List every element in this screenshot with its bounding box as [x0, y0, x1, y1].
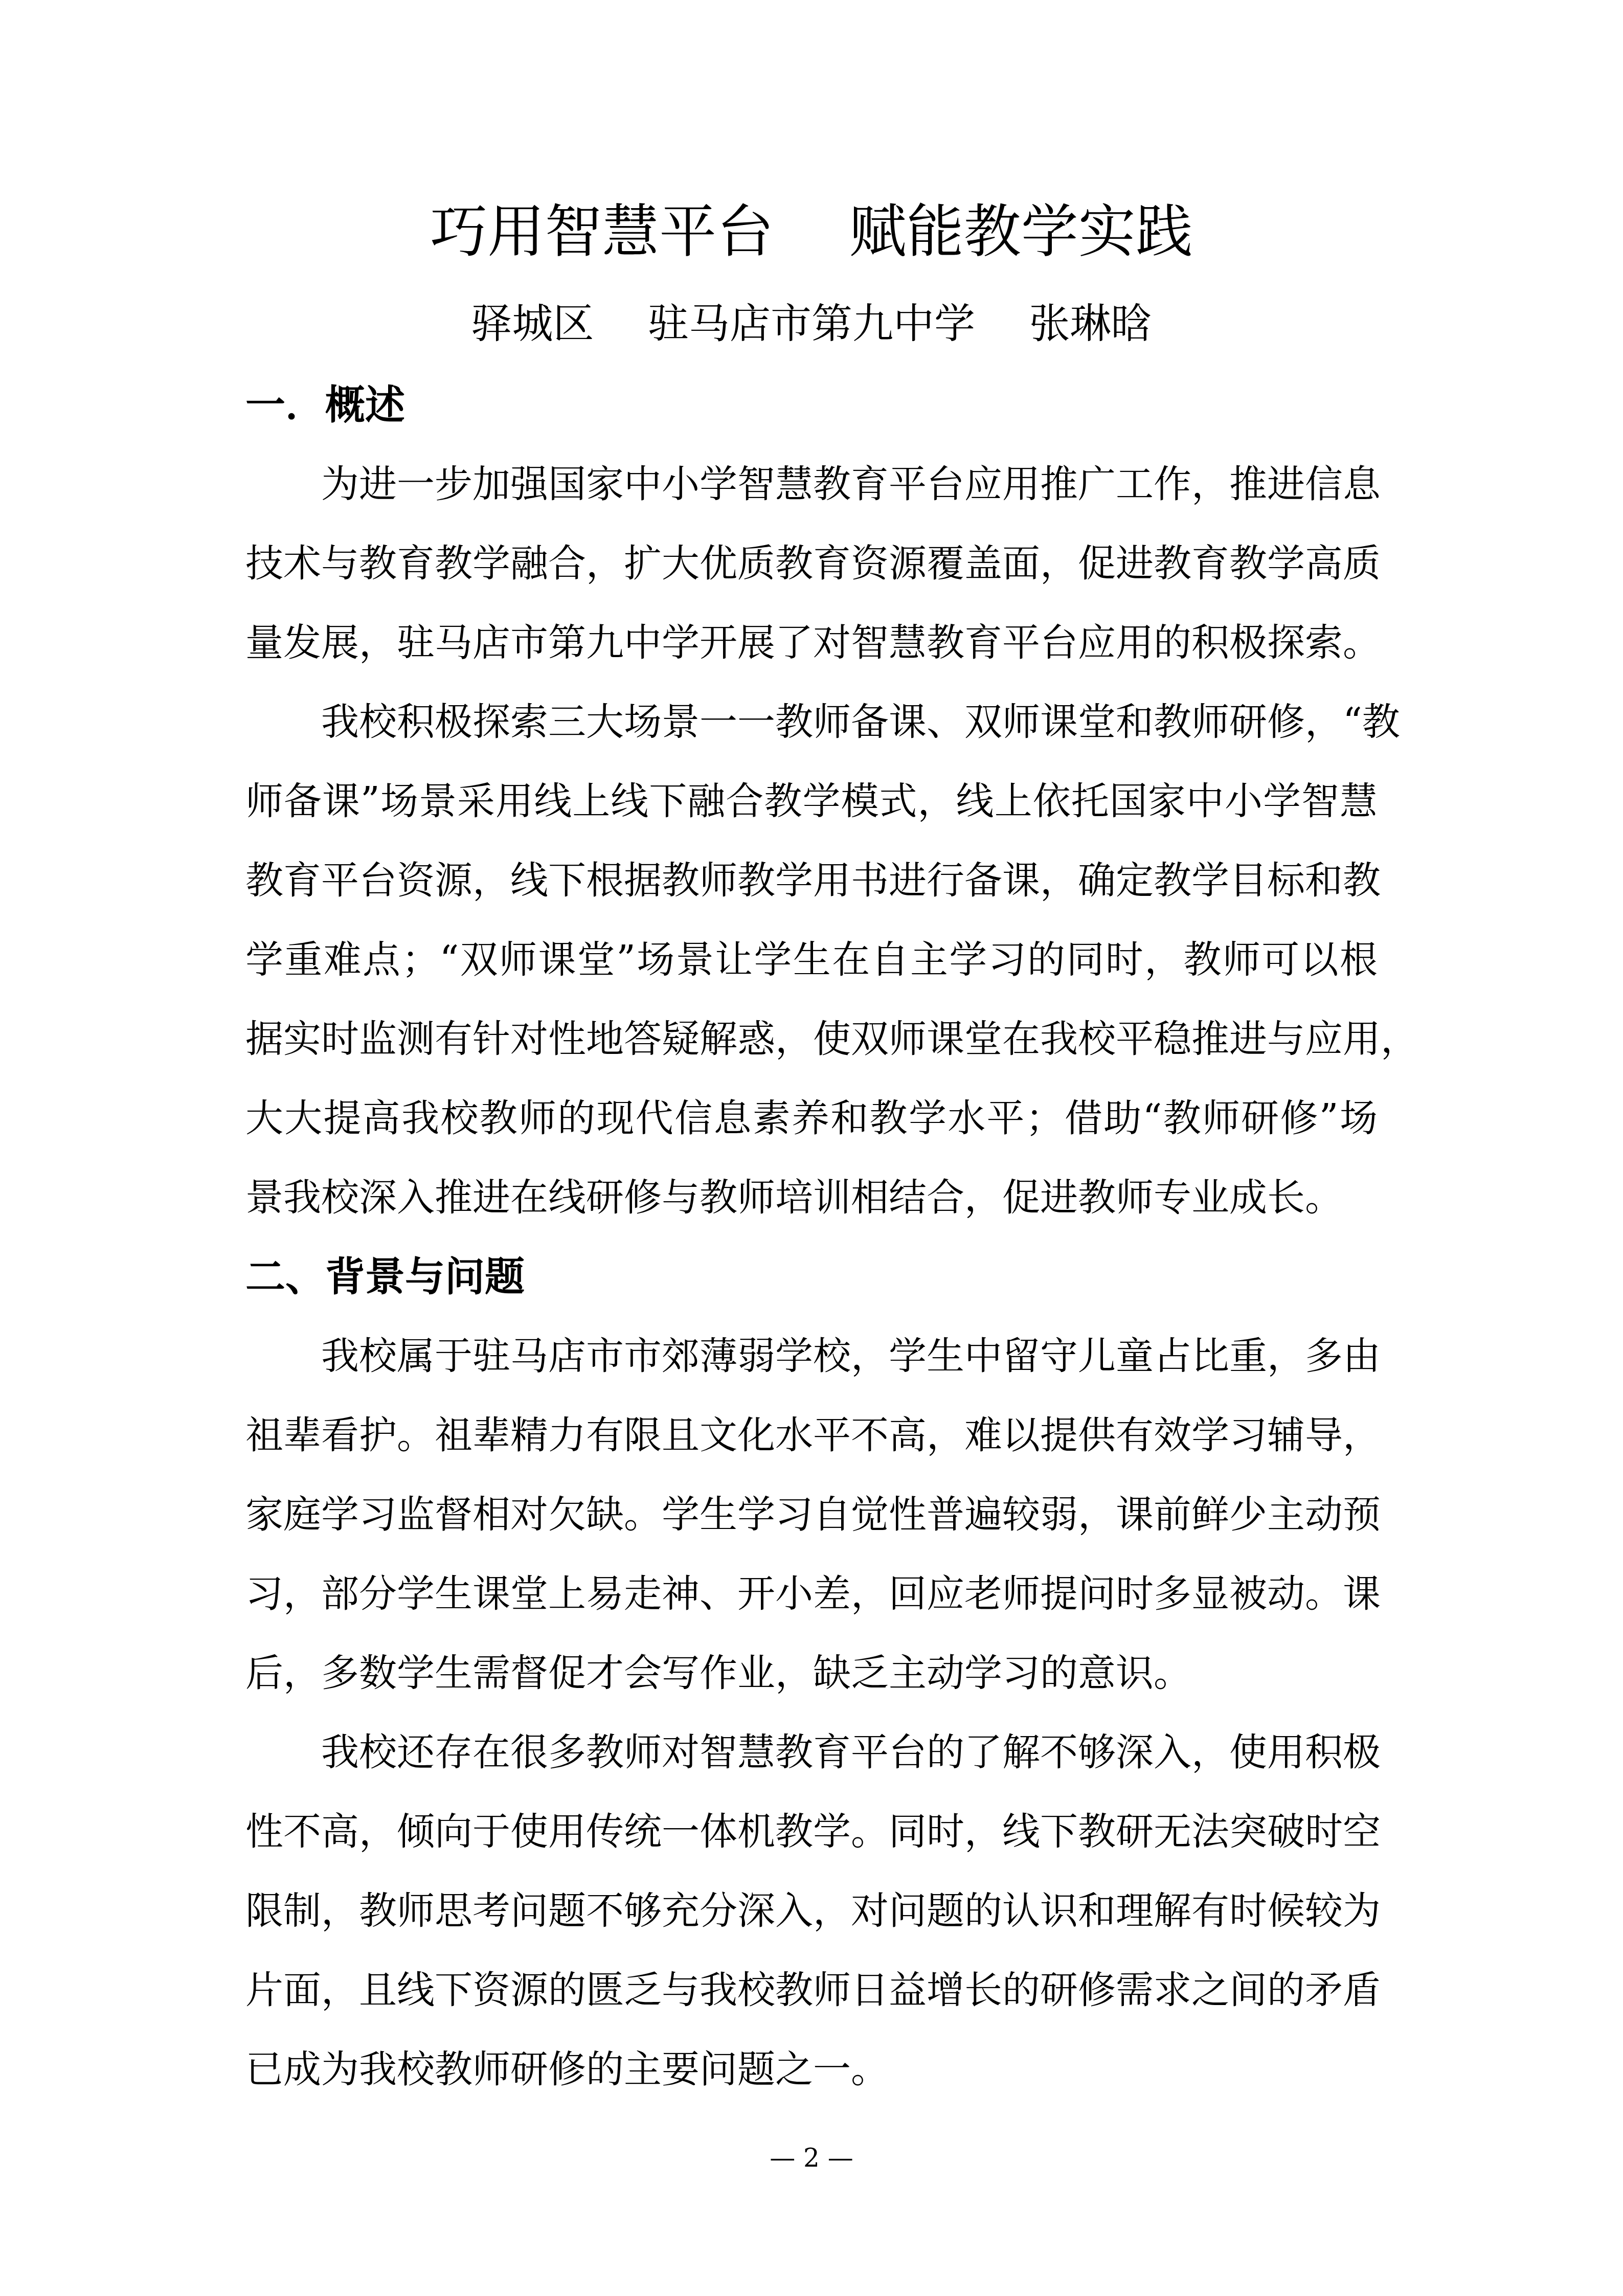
- document-title: 巧用智慧平台 赋能教学实践: [0, 200, 1623, 264]
- paragraph-line: 已成为我校教师研修的主要问题之一。: [245, 2030, 1378, 2109]
- paragraph-line: 我校积极探索三大场景一一教师备课、双师课堂和教师研修，“教: [245, 683, 1378, 762]
- paragraph-line: 我校还存在很多教师对智慧教育平台的了解不够深入，使用积极: [245, 1713, 1378, 1792]
- page-number: — 2 —: [0, 2140, 1623, 2176]
- paragraph-line: 师备课”场景采用线上线下融合教学模式，线上依托国家中小学智慧: [245, 762, 1378, 841]
- paragraph-line: 限制，教师思考问题不够充分深入，对问题的认识和理解有时候较为: [245, 1872, 1378, 1951]
- paragraph-line: 学重难点；“双师课堂”场景让学生在自主学习的同时，教师可以根: [245, 920, 1378, 1000]
- paragraph-line: 性不高，倾向于使用传统一体机教学。同时，线下教研无法突破时空: [245, 1792, 1378, 1872]
- document-page: 巧用智慧平台 赋能教学实践 驿城区 驻马店市第九中学 张琳晗 一．概述为进一步加…: [0, 0, 1623, 2296]
- paragraph-line: 家庭学习监督相对欠缺。学生学习自觉性普遍较弱，课前鲜少主动预: [245, 1475, 1378, 1555]
- document-body: 一．概述为进一步加强国家中小学智慧教育平台应用推广工作，推进信息技术与教育教学融…: [245, 366, 1378, 2109]
- paragraph-line: 习，部分学生课堂上易走神、开小差，回应老师提问时多显被动。课: [245, 1555, 1378, 1634]
- paragraph-line: 为进一步加强国家中小学智慧教育平台应用推广工作，推进信息: [245, 445, 1378, 524]
- paragraph-line: 景我校深入推进在线研修与教师培训相结合，促进教师专业成长。: [245, 1158, 1378, 1237]
- paragraph-line: 后，多数学生需督促才会写作业，缺乏主动学习的意识。: [245, 1634, 1378, 1713]
- section-heading: 二、背景与问题: [245, 1237, 1378, 1317]
- paragraph-line: 大大提高我校教师的现代信息素养和教学水平；借助“教师研修”场: [245, 1079, 1378, 1158]
- paragraph-line: 据实时监测有针对性地答疑解惑，使双师课堂在我校平稳推进与应用，: [245, 1000, 1378, 1079]
- paragraph-line: 片面，且线下资源的匮乏与我校教师日益增长的研修需求之间的矛盾: [245, 1951, 1378, 2030]
- paragraph-line: 教育平台资源，线下根据教师教学用书进行备课，确定教学目标和教: [245, 841, 1378, 920]
- document-byline: 驿城区 驻马店市第九中学 张琳晗: [0, 301, 1623, 347]
- paragraph-line: 祖辈看护。祖辈精力有限且文化水平不高，难以提供有效学习辅导，: [245, 1396, 1378, 1475]
- paragraph-line: 我校属于驻马店市市郊薄弱学校，学生中留守儿童占比重，多由: [245, 1317, 1378, 1396]
- paragraph-line: 量发展，驻马店市第九中学开展了对智慧教育平台应用的积极探索。: [245, 603, 1378, 683]
- section-heading: 一．概述: [245, 366, 1378, 445]
- paragraph-line: 技术与教育教学融合，扩大优质教育资源覆盖面，促进教育教学高质: [245, 524, 1378, 603]
